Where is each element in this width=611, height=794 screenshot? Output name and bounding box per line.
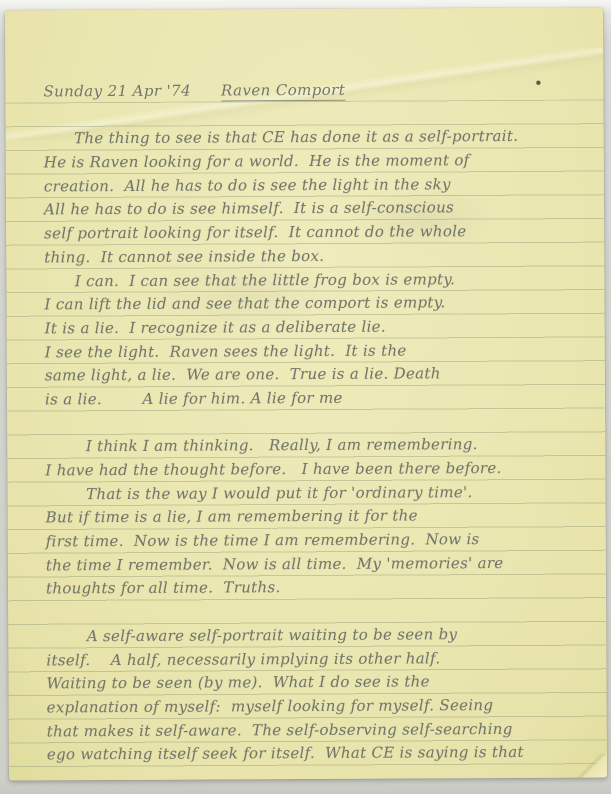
handwritten-line: first time. Now is the time I am remembe…: [46, 526, 592, 553]
handwritten-line: the time I remember. Now is all time. My…: [46, 550, 592, 577]
handwritten-line: I can. I can see that the little frog bo…: [44, 265, 590, 292]
handwritten-line: I can lift the lid and see that the comp…: [44, 289, 590, 316]
handwritten-line: is a lie. A lie for him. A lie for me: [45, 384, 591, 411]
scanner-background: Sunday 21 Apr '74 Raven Comport The thin…: [0, 0, 611, 794]
handwritten-line: itself. A half, necessarily implying its…: [46, 644, 592, 671]
handwritten-line: The thing to see is that CE has done it …: [44, 123, 590, 150]
handwritten-line: same light, a lie. We are one. True is a…: [45, 360, 591, 387]
handwritten-line: that makes it self-aware. The self-obser…: [47, 715, 593, 742]
page-header: Sunday 21 Apr '74 Raven Comport: [43, 77, 345, 103]
handwritten-line: ego watching itself seek for itself. Wha…: [47, 739, 593, 766]
handwritten-line: explanation of myself: myself looking fo…: [47, 692, 593, 719]
handwritten-line: [46, 597, 592, 624]
handwritten-line: thoughts for all time. Truths.: [46, 573, 592, 600]
handwritten-line: But if time is a lie, I am remembering i…: [46, 502, 592, 529]
handwritten-line: It is a lie. I recognize it as a deliber…: [45, 313, 591, 340]
handwriting-body: The thing to see is that CE has done it …: [44, 123, 593, 765]
handwritten-line: I have had the thought before. I have be…: [45, 455, 591, 482]
handwritten-line: That is the way I would put it for 'ordi…: [45, 479, 591, 506]
handwritten-line: A self-aware self-portrait waiting to be…: [46, 621, 592, 648]
handwritten-line: I think I am thinking. Really, I am reme…: [45, 431, 591, 458]
date-heading: Sunday 21 Apr '74: [43, 82, 191, 103]
handwritten-line: self portrait looking for itself. It can…: [44, 218, 590, 245]
handwritten-line: Waiting to be seen (by me). What I do se…: [46, 668, 592, 695]
handwritten-line: [45, 407, 591, 434]
handwritten-line: thing. It cannot see inside the box.: [44, 242, 590, 269]
handwritten-line: All he has to do is see himself. It is a…: [44, 194, 590, 221]
title-heading: Raven Comport: [221, 81, 345, 102]
handwritten-line: He is Raven looking for a world. He is t…: [44, 147, 590, 174]
paper-speck: [536, 81, 540, 85]
notebook-page: Sunday 21 Apr '74 Raven Comport The thin…: [5, 7, 607, 780]
handwritten-line: creation. All he has to do is see the li…: [44, 171, 590, 198]
handwritten-line: I see the light. Raven sees the light. I…: [45, 336, 591, 363]
